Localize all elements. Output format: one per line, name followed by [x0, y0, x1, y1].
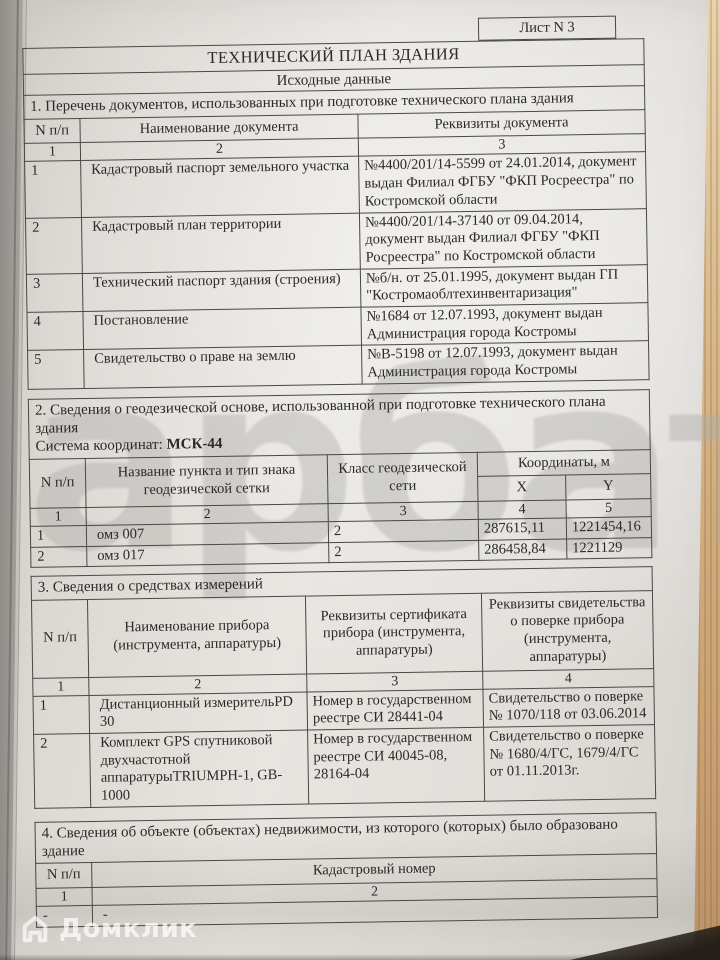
device-name-cell: Дистанционный измерительPD 30 [89, 692, 308, 734]
document-details-cell: №В-5198 от 12.07.1993, документ выдан Ад… [362, 341, 650, 384]
coordinate-x-cell: 286458,84 [479, 539, 567, 561]
col-header-npp: N п/п [36, 863, 92, 889]
device-name-cell: Комплект GPS спутниковой двухчастотной а… [90, 730, 309, 807]
col-header-verification: Реквизиты свидетельства о поверке прибор… [481, 590, 653, 670]
col-header-certificate: Реквизиты сертификата прибора (инструмен… [305, 593, 482, 674]
index-cell: 3 [328, 501, 478, 521]
domclick-logo-text: Домклик [59, 914, 197, 944]
index-cell: 1 [33, 677, 89, 696]
row-number-cell: 2 [25, 217, 82, 274]
section3-table: 3. Сведения о средствах измерений N п/п … [31, 567, 657, 809]
col-header-geodesic-class: Класс геодезической сети [327, 452, 478, 504]
col-header-point-name: Название пункта и тип знака геодезическо… [85, 454, 328, 507]
row-number-cell: 3 [26, 273, 83, 312]
col-header-device-name: Наименование прибора (инструмента, аппар… [87, 596, 306, 677]
sheet-number-box: Лист N 3 [478, 16, 616, 41]
coordinate-y-cell: 1221454,16 [566, 517, 651, 539]
coordinate-x-cell: 287615,11 [478, 518, 566, 540]
table-header-row: N п/п Наименование прибора (инструмента,… [31, 590, 653, 677]
photographed-document: { "page": { "sheet_label": "Лист N 3", "… [0, 0, 720, 960]
document-name-cell: Кадастровый паспорт земельного участка [81, 157, 360, 217]
row-number-cell: 1 [25, 161, 82, 218]
domclick-house-icon [20, 914, 50, 944]
verification-cell: Свидетельство о поверке № 1070/118 от 03… [483, 686, 655, 727]
col-header-npp: N п/п [29, 458, 86, 508]
sheet-number: Лист N 3 [519, 19, 575, 38]
index-cell: 1 [36, 887, 92, 906]
table-row: 2. Сведения о геодезической основе, испо… [28, 389, 650, 459]
domclick-logo: Домклик [20, 914, 197, 944]
col-header-coordinates: Координаты, м [477, 449, 650, 476]
section2-heading-cell: 2. Сведения о геодезической основе, испо… [28, 389, 650, 459]
geodesic-class-cell: 2 [329, 540, 479, 563]
section4-table: 4. Сведения об объекте (объектах) недвиж… [34, 812, 658, 928]
coordinate-system-label: Система координат: [35, 437, 162, 455]
document-details-cell: №4400/201/14-37140 от 09.04.2014, докуме… [359, 208, 647, 269]
row-number-cell: 1 [33, 695, 90, 734]
row-number-cell: 2 [31, 546, 87, 568]
certificate-cell: Номер в государственном реестре СИ 40045… [308, 727, 485, 804]
document-details-cell: №4400/201/14-5599 от 24.01.2014, докумен… [359, 152, 647, 213]
col-header-npp: N п/п [31, 599, 88, 678]
section2-table: 2. Сведения о геодезической основе, испо… [28, 389, 653, 568]
col-header-y: Y [566, 474, 651, 500]
document-name-cell: Технический паспорт здания (строения) [82, 269, 361, 312]
table-row: 2 Кадастровый план территории №4400/201/… [25, 208, 647, 274]
section1-table: ТЕХНИЧЕСКИЙ ПЛАН ЗДАНИЯ Исходные данные … [22, 38, 649, 389]
document-name-cell: Постановление [83, 307, 362, 350]
document-name-cell: Свидетельство о праве на землю [84, 346, 363, 389]
row-number-cell: 2 [34, 733, 91, 808]
col-header-x: X [478, 475, 566, 501]
document-details-cell: №1684 от 12.07.1993, документ выдан Адми… [361, 303, 649, 346]
coordinate-system-value: МСК-44 [166, 436, 222, 453]
row-number-cell: 4 [27, 312, 84, 351]
table-row: 2 Комплект GPS спутниковой двухчастотной… [34, 725, 656, 808]
index-cell: 5 [566, 499, 651, 518]
coordinate-y-cell: 1221129 [567, 537, 652, 559]
index-cell: 1 [24, 143, 80, 162]
col-header-npp: N п/п [24, 118, 80, 144]
technical-plan-document: Лист N 3 ТЕХНИЧЕСКИЙ ПЛАН ЗДАНИЯ Исходны… [22, 15, 658, 927]
index-cell: 1 [30, 507, 86, 526]
row-number-cell: 5 [28, 350, 85, 389]
document-details-cell: №б/н. от 25.01.1995, документ выдан ГП "… [360, 264, 648, 307]
document-name-cell: Кадастровый план территории [81, 213, 360, 273]
index-cell: 4 [478, 500, 566, 519]
verification-cell: Свидетельство о поверке № 1680/4/ГС, 167… [484, 725, 656, 801]
geodesic-class-cell: 2 [328, 519, 478, 542]
table-row: 1 Кадастровый паспорт земельного участка… [25, 152, 647, 218]
certificate-cell: Номер в государственном реестре СИ 28441… [307, 689, 484, 730]
row-number-cell: 1 [30, 526, 86, 548]
